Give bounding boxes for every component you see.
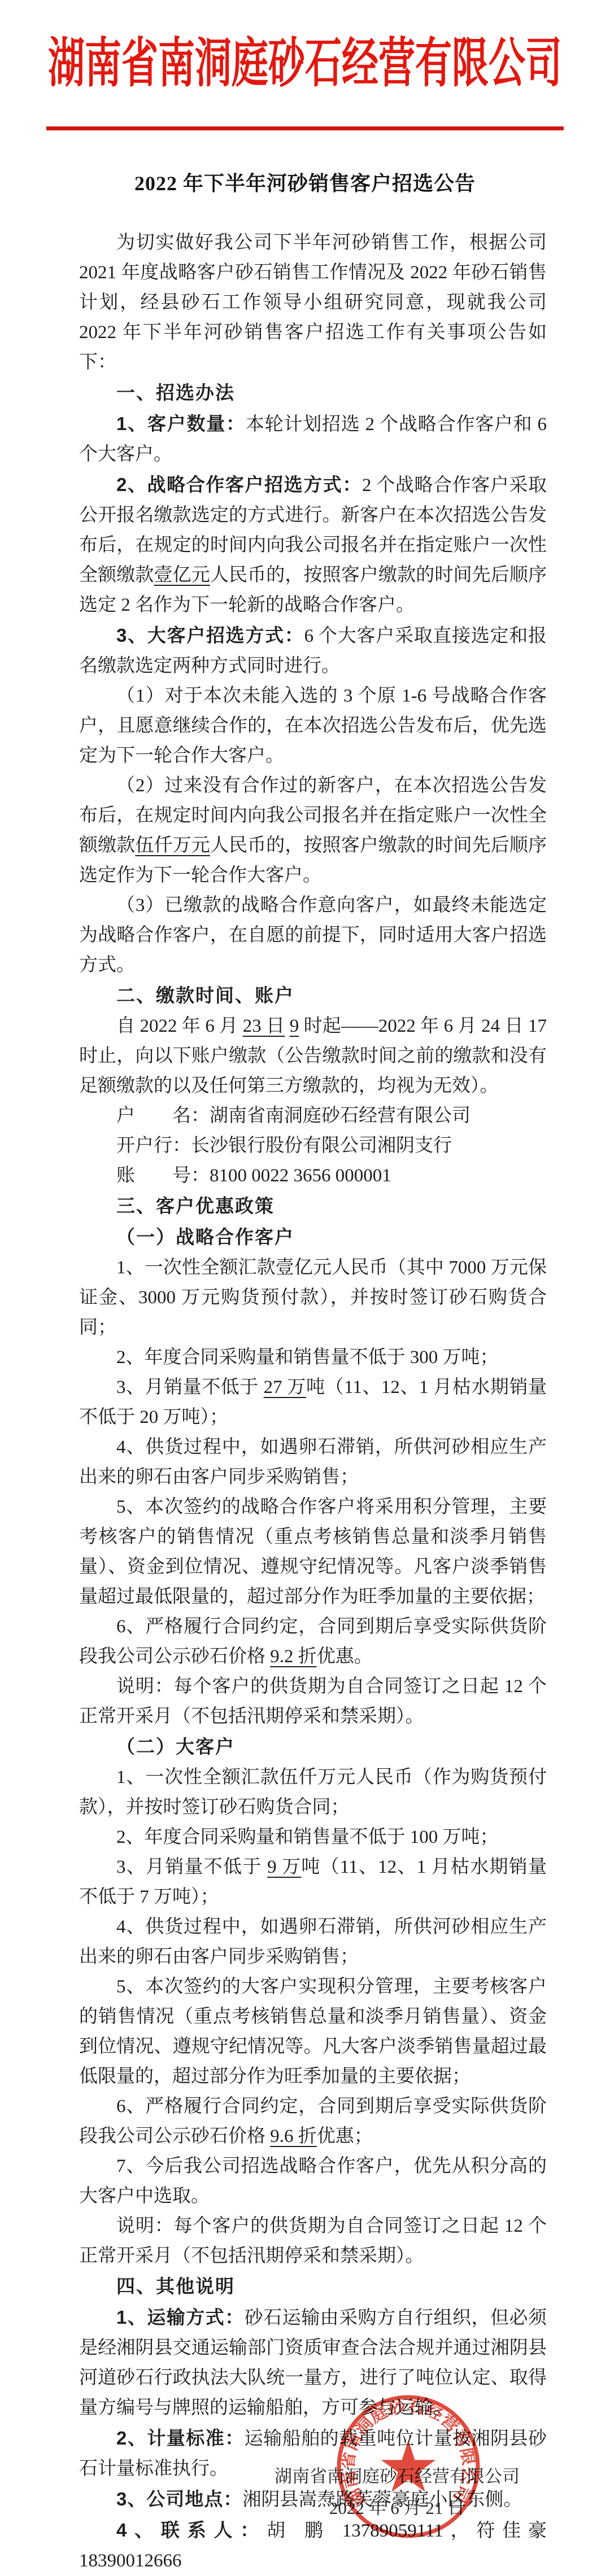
section-heading: （二）大客户 bbox=[79, 1732, 547, 1763]
paragraph: 3、月销量不低于 9 万吨（11、12、1 月枯水期销量不低于 7 万吨）； bbox=[79, 1852, 547, 1912]
text-run: 自 2022 年 6 月 bbox=[116, 1016, 243, 1036]
paragraph: 3、月销量不低于 27 万吨（11、12、1 月枯水期销量不低于 20 万吨）； bbox=[79, 1373, 547, 1432]
paragraph: 账 号：8100 0022 3656 000001 bbox=[79, 1161, 547, 1191]
text-run: 5、本次签约的战略合作客户将采用积分管理，主要考核客户的销售情况（重点考核销售总… bbox=[79, 1497, 547, 1607]
paragraph: 2、战略合作客户招选方式：2 个战略合作客户采取公开报名缴款选定的方式进行。新客… bbox=[79, 470, 547, 620]
paragraph: 7、今后我公司招选战略合作客户，优先从积分高的大客户中选取。 bbox=[79, 2152, 547, 2211]
text-run: 为切实做好我公司下半年河砂销售工作，根据公司 2021 年度战略客户砂石销售工作… bbox=[79, 233, 547, 373]
text-run: 壹亿元 bbox=[154, 565, 210, 585]
text-run: 1、一次性全额汇款伍仟万元人民币（作为购货预付款），并按时签订砂石购货合同； bbox=[79, 1767, 547, 1817]
letterhead-company-name: 湖南省南洞庭砂石经营有限公司 bbox=[0, 38, 610, 91]
text-run: 7、今后我公司招选战略合作客户，优先从积分高的大客户中选取。 bbox=[79, 2156, 547, 2206]
text-run: 9.2 折 bbox=[270, 1646, 317, 1667]
text-run bbox=[285, 1016, 289, 1036]
text-run: 说明：每个客户的供货期为自合同签订之日起 12 个正常开采月（不包括汛期停采和禁… bbox=[79, 2216, 547, 2266]
text-run: 开户行：长沙银行股份有限公司湘阴支行 bbox=[116, 1136, 452, 1156]
text-run: 2、计量标准： bbox=[116, 2428, 245, 2448]
text-run: 伍仟万元 bbox=[135, 835, 210, 856]
text-run: 一、招选办法 bbox=[116, 382, 235, 403]
paragraph: 说明：每个客户的供货期为自合同签订之日起 12 个正常开采月（不包括汛期停采和禁… bbox=[79, 1672, 547, 1732]
text-run: 2、战略合作客户招选方式： bbox=[116, 474, 362, 495]
section-heading: 四、其他说明 bbox=[79, 2271, 547, 2302]
paragraph: 5、本次签约的战略合作客户将采用积分管理，主要考核客户的销售情况（重点考核销售总… bbox=[79, 1492, 547, 1612]
text-run: 账 号：8100 0022 3656 000001 bbox=[116, 1166, 391, 1186]
text-run: 4、供货过程中，如遇卵石滞销，所供河砂相应生产出来的卵石由客户同步采购销售； bbox=[79, 1917, 547, 1967]
text-run: 3、月销量不低于 bbox=[116, 1857, 267, 1877]
document-body: 为切实做好我公司下半年河砂销售工作，根据公司 2021 年度战略客户砂石销售工作… bbox=[79, 228, 547, 2576]
paragraph: 4、供货过程中，如遇卵石滞销，所供河砂相应生产出来的卵石由客户同步采购销售； bbox=[79, 1432, 547, 1492]
text-run: 1、客户数量： bbox=[116, 413, 246, 434]
paragraph: （1）对于本次未能入选的 3 个原 1-6 号战略合作客户，且愿意继续合作的，在… bbox=[79, 681, 547, 771]
text-run: 9 bbox=[290, 1016, 299, 1036]
text-run: 1、一次性全额汇款壹亿元人民币（其中 7000 万元保证金、3000 万元购货预… bbox=[79, 1258, 547, 1338]
text-run: 3、大客户招选方式： bbox=[116, 625, 304, 646]
paragraph: 1、一次性全额汇款伍仟万元人民币（作为购货预付款），并按时签订砂石购货合同； bbox=[79, 1763, 547, 1823]
text-run: 说明：每个客户的供货期为自合同签订之日起 12 个正常开采月（不包括汛期停采和禁… bbox=[79, 1676, 547, 1727]
text-run: 4、联系人： bbox=[116, 2520, 267, 2540]
text-run: 优惠； bbox=[317, 2126, 373, 2146]
paragraph: 2、年度合同采购量和销售量不低于 300 万吨； bbox=[79, 1343, 547, 1373]
paragraph: 为切实做好我公司下半年河砂销售工作，根据公司 2021 年度战略客户砂石销售工作… bbox=[79, 228, 547, 378]
section-heading: 二、缴款时间、账户 bbox=[79, 980, 547, 1011]
paragraph: 6、严格履行合同约定，合同到期后享受实际供货阶段我公司公示砂石价格 9.6 折优… bbox=[79, 2092, 547, 2152]
company-seal: 湖南省南洞庭砂石经营有限公司 bbox=[334, 2392, 483, 2541]
text-run: 二、缴款时间、账户 bbox=[116, 985, 294, 1006]
paragraph: 1、一次性全额汇款壹亿元人民币（其中 7000 万元保证金、3000 万元购货预… bbox=[79, 1253, 547, 1343]
text-run: 9.6 折 bbox=[270, 2126, 317, 2146]
text-run: 27 万 bbox=[264, 1377, 306, 1397]
paragraph: （2）过来没有合作过的新客户，在本次招选公告发布后，在规定时间内向我公司报名并在… bbox=[79, 771, 547, 891]
text-run: 23 日 bbox=[243, 1016, 285, 1036]
text-run: （一）战略合作客户 bbox=[116, 1226, 294, 1247]
paragraph: 3、大客户招选方式：6 个大客户采取直接选定和报名缴款选定两种方式同时进行。 bbox=[79, 620, 547, 681]
text-run: 1、运输方式： bbox=[116, 2307, 245, 2328]
text-run: 2、年度合同采购量和销售量不低于 300 万吨； bbox=[116, 1347, 499, 1368]
text-run: 3、公司地点： bbox=[116, 2489, 242, 2509]
text-run: 优惠。 bbox=[317, 1646, 373, 1667]
text-run: 4、供货过程中，如遇卵石滞销，所供河砂相应生产出来的卵石由客户同步采购销售； bbox=[79, 1437, 547, 1487]
section-heading: （一）战略合作客户 bbox=[79, 1222, 547, 1253]
paragraph: 说明：每个客户的供货期为自合同签订之日起 12 个正常开采月（不包括汛期停采和禁… bbox=[79, 2211, 547, 2271]
paragraph: 户 名：湖南省南洞庭砂石经营有限公司 bbox=[79, 1101, 547, 1131]
text-run: 四、其他说明 bbox=[116, 2276, 235, 2297]
document-title: 2022 年下半年河砂销售客户招选公告 bbox=[0, 168, 610, 196]
paragraph: 5、本次签约的大客户实现积分管理，主要考核客户的销售情况（重点考核销售总量和淡季… bbox=[79, 1972, 547, 2092]
announcement-document: 湖南省南洞庭砂石经营有限公司 2022 年下半年河砂销售客户招选公告 为切实做好… bbox=[0, 0, 610, 2576]
star-icon bbox=[381, 2440, 436, 2492]
section-heading: 三、客户优惠政策 bbox=[79, 1191, 547, 1222]
text-run: 9 万 bbox=[267, 1857, 301, 1877]
text-run: （二）大客户 bbox=[116, 1736, 235, 1757]
text-run: 2、年度合同采购量和销售量不低于 100 万吨； bbox=[116, 1827, 499, 1847]
text-run: 3、月销量不低于 bbox=[116, 1377, 264, 1397]
paragraph: 开户行：长沙银行股份有限公司湘阴支行 bbox=[79, 1131, 547, 1161]
paragraph: 1、客户数量：本轮计划招选 2 个战略合作客户和 6 个大客户。 bbox=[79, 409, 547, 470]
paragraph: 4、供货过程中，如遇卵石滞销，所供河砂相应生产出来的卵石由客户同步采购销售； bbox=[79, 1912, 547, 1972]
section-heading: 一、招选办法 bbox=[79, 378, 547, 409]
text-run: 三、客户优惠政策 bbox=[116, 1195, 274, 1216]
text-run: 5、本次签约的大客户实现积分管理，主要考核客户的销售情况（重点考核销售总量和淡季… bbox=[79, 1977, 547, 2087]
paragraph: 6、严格履行合同约定，合同到期后享受实际供货阶段我公司公示砂石价格 9.2 折优… bbox=[79, 1612, 547, 1672]
text-run: 户 名：湖南省南洞庭砂石经营有限公司 bbox=[116, 1106, 470, 1126]
text-run: （1）对于本次未能入选的 3 个原 1-6 号战略合作客户，且愿意继续合作的，在… bbox=[79, 686, 547, 766]
text-run: （3）已缴款的战略合作意向客户，如最终未能选定为战略合作客户，在自愿的前提下，同… bbox=[79, 895, 547, 975]
paragraph: 2、年度合同采购量和销售量不低于 100 万吨； bbox=[79, 1823, 547, 1852]
paragraph: 自 2022 年 6 月 23 日 9 时起——2022 年 6 月 24 日 … bbox=[79, 1011, 547, 1101]
letterhead-divider bbox=[46, 126, 564, 130]
paragraph: （3）已缴款的战略合作意向客户，如最终未能选定为战略合作客户，在自愿的前提下，同… bbox=[79, 891, 547, 980]
